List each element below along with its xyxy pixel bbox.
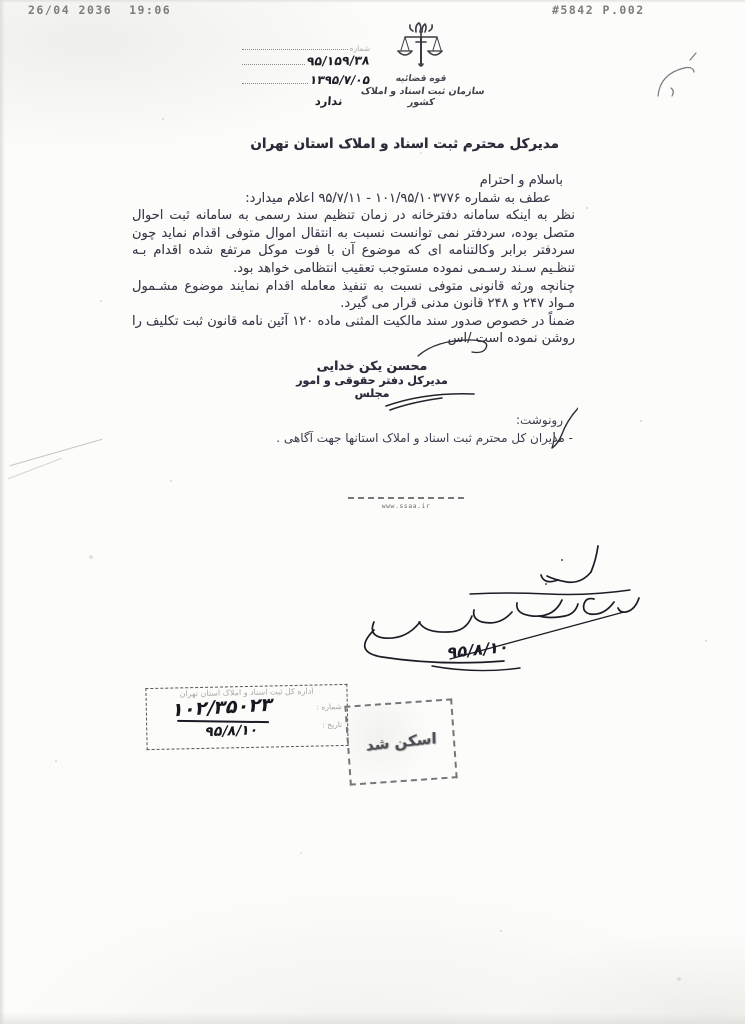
scan-scratch-line [10,439,103,466]
scan-edge-shading [0,1012,745,1024]
salutation: باسلام و احترام [132,172,575,190]
field-date-row: ۱۳۹۵/۷/۰۵ [240,72,370,87]
signatory-name: محسن یکن خدایی [277,358,467,373]
recipient-title: مدیرکل محترم ثبت اسناد و املاک استان تهر… [250,136,559,152]
field-number-label-row: شماره [240,38,370,53]
receipt-stamp: اداره کل ثبت اسناد و املاک استان تهران ش… [145,684,348,750]
signatory-title: مدیرکل دفتر حقوقی و امور مجلس [277,374,467,400]
judiciary-name: قوه قضائیه [382,74,460,84]
stamp-handwritten-date: ۹۵/۸/۱۰ [204,722,260,740]
paragraph: ضمناً در خصوص صدور سند مالکیت المثنی ماد… [132,313,575,348]
field-number-row: ۹۵/۱۵۹/۳۸ [240,53,370,68]
cc-label: رونوشت: [516,413,563,427]
scan-noise-specks [0,0,2,2]
handwritten-attachment-none: ندارد [314,94,342,108]
scanned-stamp-text: اسکن شد [366,729,437,754]
scanned-fax-letter: 26/04 2036 19:06 #5842 P.002 قوه قض [0,0,745,1024]
handwritten-ref-date: ۱۳۹۵/۷/۰۵ [309,73,372,87]
cc-item: - مدیران کل محترم ثبت اسناد و املاک استا… [276,431,573,445]
reference-line: عطف به شماره ۱۰۱/۹۵/۱۰۳۷۷۶ - ۹۵/۷/۱۱ اعل… [132,190,575,208]
dashed-rule [348,497,464,500]
field-attachment-row: ندارد [240,93,370,108]
stray-pen-marks [640,48,712,108]
website-url: www.ssaa.ir [348,502,464,510]
letter-body: باسلام و احترام عطف به شماره ۱۰۱/۹۵/۱۰۳۷… [132,172,575,348]
dotted-leader [242,49,348,50]
scan-scratch-line [8,458,63,480]
dotted-leader [242,83,308,84]
letterhead-fields: شماره ۹۵/۱۵۹/۳۸ ۱۳۹۵/۷/۰۵ ندارد [240,38,370,108]
paragraph: نظر به اینکه سامانه دفترخانه در زمان تنظ… [132,207,575,277]
handwritten-ref-number: ۹۵/۱۵۹/۳۸ [306,52,371,68]
fax-page-number: #5842 P.002 [552,3,645,17]
scanned-stamp: اسکن شد [344,698,457,785]
stamp-date-label: تاریخ : [322,720,342,729]
website-footer: www.ssaa.ir [348,497,464,510]
dotted-leader [242,64,305,65]
stamp-handwritten-number: ۱۰۲/۳۵۰۲۳ [170,694,275,722]
judiciary-scales-emblem-icon [392,20,448,78]
signature-block: محسن یکن خدایی مدیرکل دفتر حقوقی و امور … [277,358,467,400]
paragraph: چنانچه ورثه قانونی متوفی نسبت به تنفیذ م… [132,278,575,313]
fax-timestamp: 26/04 2036 19:06 [28,3,171,17]
stamp-number-label: شماره : [316,702,342,712]
